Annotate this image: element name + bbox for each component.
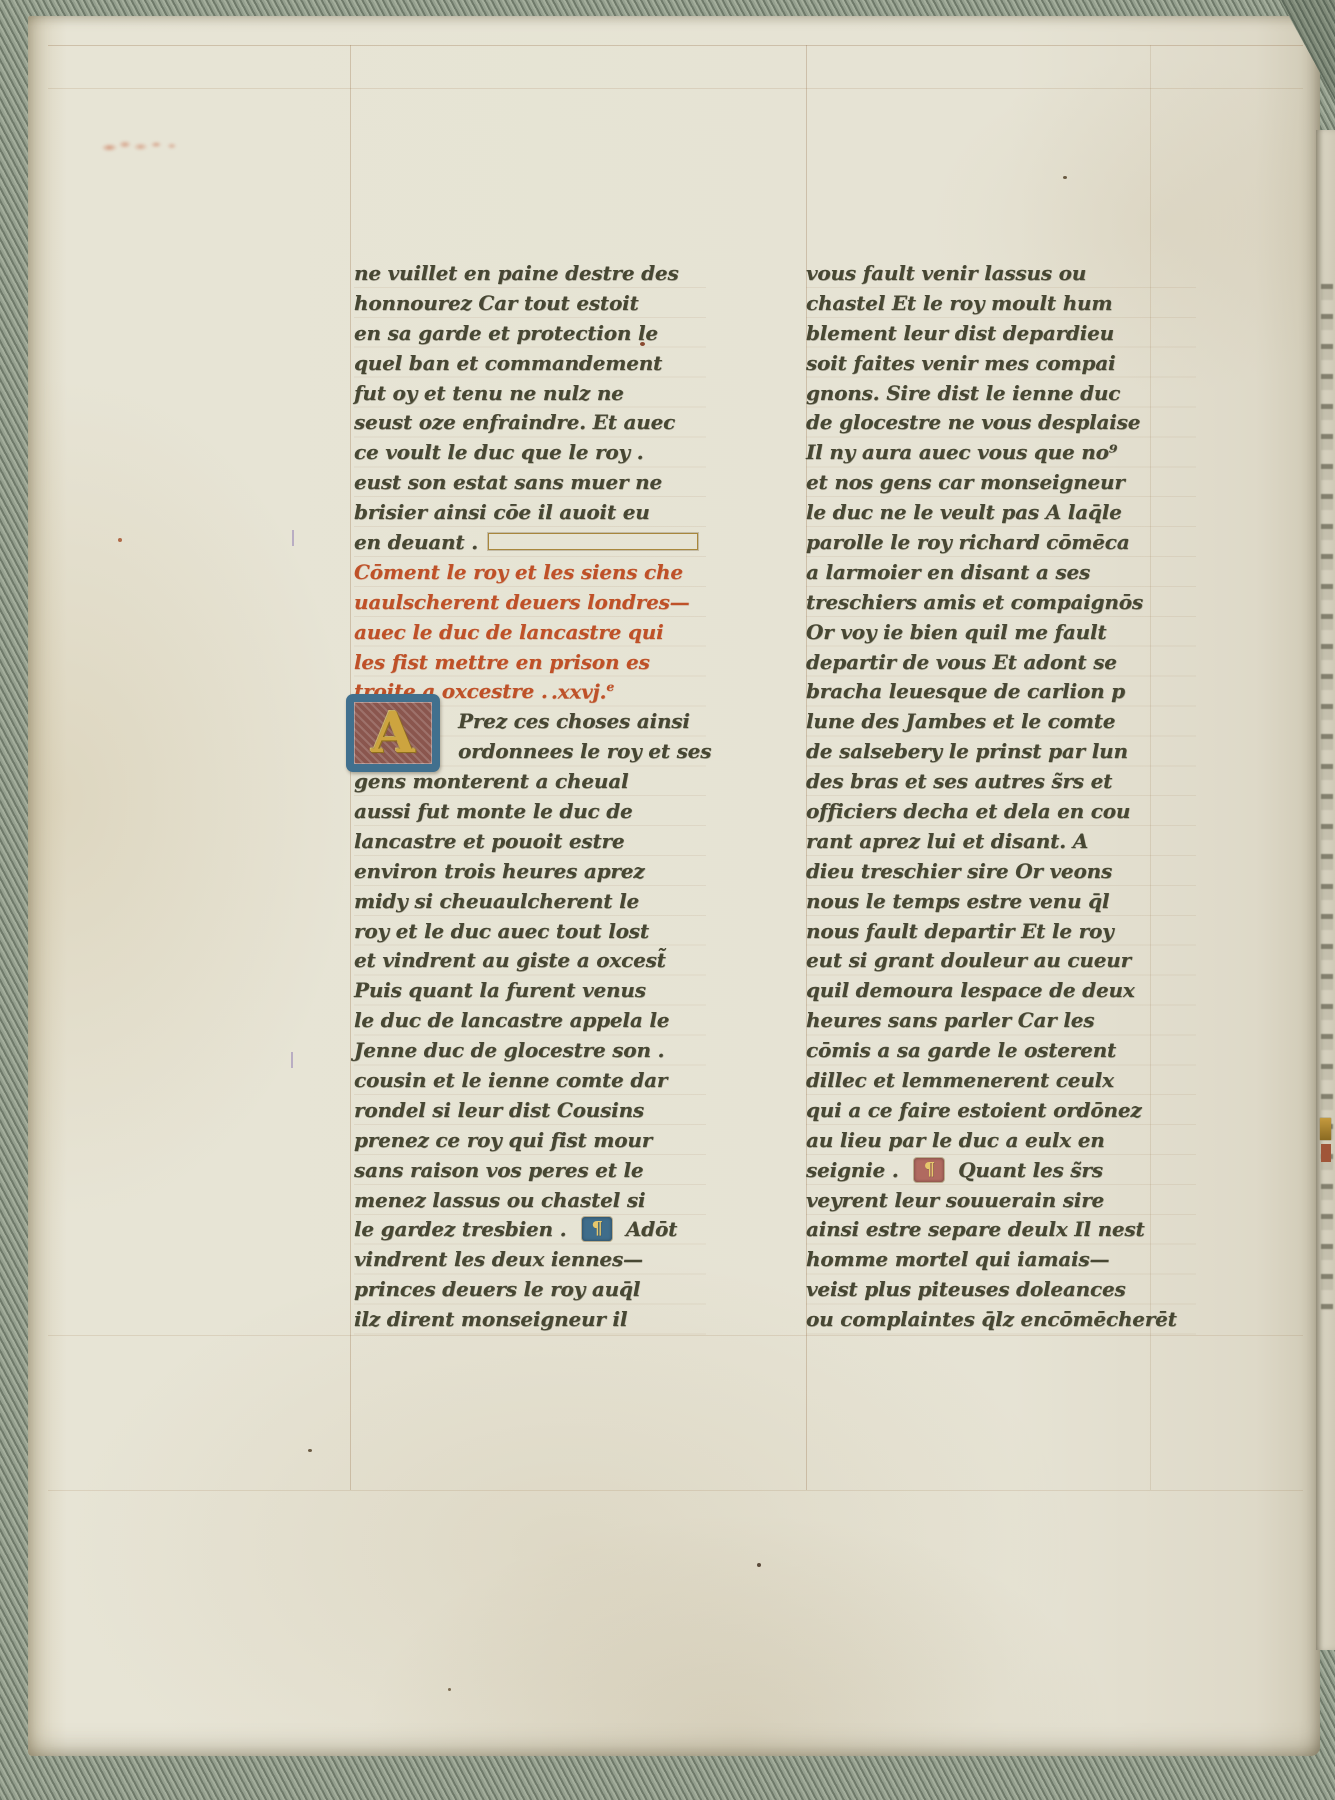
red-offset-stain [100, 135, 178, 155]
text-line: brisier ainsi cōe il auoit eu [354, 497, 706, 527]
paraph-mark: ¶ [914, 1158, 944, 1182]
text-line: en deuant . [354, 527, 706, 557]
text-line: le duc de lancastre appela le [354, 1005, 706, 1035]
line-text: quel ban et commandement [354, 351, 662, 375]
line-text: chastel Et le roy moult hum [806, 291, 1112, 315]
text-line: princes deuers le roy auq̄l [354, 1274, 706, 1304]
text-line: gnons. Sire dist le ienne duc [806, 378, 1196, 408]
text-line: homme mortel qui iamais— [806, 1244, 1196, 1274]
line-text: treschiers amis et compaignōs [806, 590, 1143, 614]
line-text: Prez ces choses ainsi [458, 709, 690, 733]
line-text: ce voult le duc que le roy . [354, 440, 643, 464]
line-text: de salsebery le prinst par lun [806, 739, 1128, 763]
ruling-line [48, 45, 1303, 46]
line-text: brisier ainsi cōe il auoit eu [354, 500, 650, 524]
line-text: soit faites venir mes compai [806, 351, 1115, 375]
text-line: environ trois heures aprez [354, 856, 706, 886]
line-text: ilz dirent monseigneur il [354, 1307, 627, 1331]
line-text: ainsi estre separe deulx Il nest [806, 1217, 1145, 1241]
line-text: officiers decha et dela en cou [806, 799, 1130, 823]
line-text: Or voy ie bien quil me fault [806, 620, 1106, 644]
rubric-line: uaulscherent deuers londres— [354, 587, 706, 617]
line-text: eust son estat sans muer ne [354, 470, 662, 494]
line-text: Quant les s̃rs [951, 1158, 1102, 1182]
text-line: quel ban et commandement [354, 348, 706, 378]
line-text: parolle le roy richard cōmēca [806, 530, 1130, 554]
line-text: gens monterent a cheual [354, 769, 628, 793]
line-text: princes deuers le roy auq̄l [354, 1277, 640, 1301]
initial-letter: A [371, 705, 414, 761]
text-line: dillec et lemmenerent ceulx [806, 1065, 1196, 1095]
text-line: Puis quant la furent venus [354, 975, 706, 1005]
line-text: roy et le duc auec tout lost [354, 919, 649, 943]
text-line: quil demoura lespace de deux [806, 975, 1196, 1005]
text-line: midy si cheuaulcherent le [354, 886, 706, 916]
line-text: les fist mettre en prison es [354, 650, 650, 674]
text-line: le duc ne le veult pas A laq̄le [806, 497, 1196, 527]
ink-speck [757, 1563, 761, 1567]
line-text: uaulscherent deuers londres— [354, 590, 689, 614]
text-line: seust oze enfraindre. Et auec [354, 407, 706, 437]
text-line: dieu treschier sire Or veons [806, 856, 1196, 886]
line-text: quil demoura lespace de deux [806, 978, 1135, 1002]
line-text: seust oze enfraindre. Et auec [354, 410, 675, 434]
line-text: fut oy et tenu ne nulz ne [354, 381, 624, 405]
line-text: dillec et lemmenerent ceulx [806, 1068, 1114, 1092]
line-text: cōmis a sa garde le osterent [806, 1038, 1116, 1062]
line-filler-ornament [488, 533, 698, 550]
line-text: gnons. Sire dist le ienne duc [806, 381, 1120, 405]
line-text: des bras et ses autres s̃rs et [806, 769, 1112, 793]
ink-speck [308, 1449, 312, 1452]
paraph-mark: ¶ [582, 1217, 612, 1241]
text-line: parolle le roy richard cōmēca [806, 527, 1196, 557]
text-line: aussi fut monte le duc de [354, 796, 706, 826]
line-text: menez lassus ou chastel si [354, 1188, 645, 1212]
text-line: vous fault venir lassus ou [806, 258, 1196, 288]
text-line: nous fault departir Et le roy [806, 916, 1196, 946]
text-line: le gardez tresbien . ¶ Adōt [354, 1215, 706, 1245]
text-line: blement leur dist depardieu [806, 318, 1196, 348]
line-text: ordonnees le roy et ses [458, 739, 711, 763]
text-line: cōmis a sa garde le osterent [806, 1035, 1196, 1065]
line-text: Puis quant la furent venus [354, 978, 646, 1002]
line-text: en sa garde et protection le [354, 321, 658, 345]
text-line: seignie . ¶ Quant les s̃rs [806, 1155, 1196, 1185]
ink-speck [118, 538, 122, 542]
rubric-line: auec le duc de lancastre qui [354, 617, 706, 647]
text-line: nous le temps estre venu q̄l [806, 886, 1196, 916]
illuminated-initial: A [346, 694, 440, 772]
text-line: Il ny aura auec vous que no⁹ [806, 437, 1196, 467]
text-line: lune des Jambes et le comte [806, 706, 1196, 736]
manuscript-photograph: ne vuillet en paine destre deshonnourez … [0, 0, 1335, 1800]
text-line: de salsebery le prinst par lun [806, 736, 1196, 766]
text-line: departir de vous Et adont se [806, 647, 1196, 677]
text-line: qui a ce faire estoient ordōnez [806, 1095, 1196, 1125]
text-line: ne vuillet en paine destre des [354, 258, 706, 288]
ink-speck [640, 342, 645, 346]
line-text: lune des Jambes et le comte [806, 709, 1115, 733]
text-line: cousin et le ienne comte dar [354, 1065, 706, 1095]
chapter-number: .xxvj.e [551, 679, 614, 704]
line-text: vous fault venir lassus ou [806, 261, 1086, 285]
manuscript-page: ne vuillet en paine destre deshonnourez … [28, 16, 1320, 1756]
text-line: prenez ce roy qui fist mour [354, 1125, 706, 1155]
line-text: ou complaintes q̄lz encōmēcherēt [806, 1307, 1177, 1331]
text-line: ilz dirent monseigneur il [354, 1304, 706, 1334]
line-text: departir de vous Et adont se [806, 650, 1117, 674]
line-text: veyrent leur souuerain sire [806, 1188, 1104, 1212]
line-text: de glocestre ne vous desplaise [806, 410, 1140, 434]
line-text: seignie . [806, 1158, 905, 1182]
line-text: blement leur dist depardieu [806, 321, 1114, 345]
line-text: cousin et le ienne comte dar [354, 1068, 667, 1092]
line-text: Jenne duc de glocestre son . [354, 1038, 664, 1062]
line-text: homme mortel qui iamais— [806, 1247, 1109, 1271]
text-line: chastel Et le roy moult hum [806, 288, 1196, 318]
text-line: roy et le duc auec tout lost [354, 916, 706, 946]
text-line: ou complaintes q̄lz encōmēcherēt [806, 1304, 1196, 1334]
line-text: ne vuillet en paine destre des [354, 261, 679, 285]
line-text: et nos gens car monseigneur [806, 470, 1125, 494]
text-line: vindrent les deux iennes— [354, 1244, 706, 1274]
line-text: bracha leuesque de carlion p [806, 679, 1125, 703]
line-text: le duc ne le veult pas A laq̄le [806, 500, 1122, 524]
line-text: et vindrent au giste a oxcest̃ [354, 948, 666, 972]
line-text: Il ny aura auec vous que no⁹ [806, 440, 1117, 464]
text-line: de glocestre ne vous desplaise [806, 407, 1196, 437]
adjacent-page-gilt-sliver [1320, 1118, 1331, 1140]
text-line: Jenne duc de glocestre son . [354, 1035, 706, 1065]
line-text: eut si grant douleur au cueur [806, 948, 1131, 972]
text-line: treschiers amis et compaignōs [806, 587, 1196, 617]
text-line: ainsi estre separe deulx Il nest [806, 1215, 1196, 1245]
adjacent-page-edge [1316, 130, 1335, 1650]
text-line: veyrent leur souuerain sire [806, 1185, 1196, 1215]
text-line: honnourez Car tout estoit [354, 288, 706, 318]
ruling-line [48, 1335, 1303, 1336]
line-text: environ trois heures aprez [354, 859, 644, 883]
text-line: bracha leuesque de carlion p [806, 676, 1196, 706]
ruling-line [48, 88, 1303, 89]
ink-speck [448, 1688, 451, 1691]
text-line: officiers decha et dela en cou [806, 796, 1196, 826]
line-text: le gardez tresbien . [354, 1217, 573, 1241]
line-text: sans raison vos peres et le [354, 1158, 643, 1182]
text-line: eut si grant douleur au cueur [806, 945, 1196, 975]
right-text-column: vous fault venir lassus ouchastel Et le … [806, 258, 1196, 1335]
line-text: Cōment le roy et les siens che [354, 560, 683, 584]
text-line: ce voult le duc que le roy . [354, 437, 706, 467]
ruling-line [48, 1490, 1303, 1491]
lilac-ruling-mark [291, 1052, 293, 1068]
text-line: soit faites venir mes compai [806, 348, 1196, 378]
line-text: a larmoier en disant a ses [806, 560, 1090, 584]
lilac-ruling-mark [292, 530, 294, 546]
line-text: nous le temps estre venu q̄l [806, 889, 1109, 913]
text-line: Or voy ie bien quil me fault [806, 617, 1196, 647]
line-text: au lieu par le duc a eulx en [806, 1128, 1105, 1152]
text-line: veist plus piteuses doleances [806, 1274, 1196, 1304]
text-line: fut oy et tenu ne nulz ne [354, 378, 706, 408]
line-text: rondel si leur dist Cousins [354, 1098, 644, 1122]
text-line: eust son estat sans muer ne [354, 467, 706, 497]
line-text: Adōt [619, 1217, 677, 1241]
line-text: aussi fut monte le duc de [354, 799, 633, 823]
text-line: lancastre et pouoit estre [354, 826, 706, 856]
text-line: menez lassus ou chastel si [354, 1185, 706, 1215]
line-text: dieu treschier sire Or veons [806, 859, 1112, 883]
line-text: vindrent les deux iennes— [354, 1247, 643, 1271]
text-line: et nos gens car monseigneur [806, 467, 1196, 497]
text-line: et vindrent au giste a oxcest̃ [354, 945, 706, 975]
line-text: le duc de lancastre appela le [354, 1008, 669, 1032]
line-text: honnourez Car tout estoit [354, 291, 639, 315]
line-text: rant aprez lui et disant. A [806, 829, 1088, 853]
text-line: rant aprez lui et disant. A [806, 826, 1196, 856]
left-text-column: ne vuillet en paine destre deshonnourez … [354, 258, 706, 1335]
line-text: lancastre et pouoit estre [354, 829, 624, 853]
adjacent-page-rubric-sliver [1321, 1144, 1331, 1162]
text-line: au lieu par le duc a eulx en [806, 1125, 1196, 1155]
line-text: veist plus piteuses doleances [806, 1277, 1126, 1301]
line-text: heures sans parler Car les [806, 1008, 1094, 1032]
line-text: qui a ce faire estoient ordōnez [806, 1098, 1142, 1122]
rubric-line: Cōment le roy et les siens che [354, 557, 706, 587]
line-text: midy si cheuaulcherent le [354, 889, 639, 913]
line-text: prenez ce roy qui fist mour [354, 1128, 652, 1152]
text-line: sans raison vos peres et le [354, 1155, 706, 1185]
text-line: des bras et ses autres s̃rs et [806, 766, 1196, 796]
line-text: en deuant . [354, 530, 478, 554]
rubric-line: les fist mettre en prison es [354, 647, 706, 677]
line-text: auec le duc de lancastre qui [354, 620, 663, 644]
text-line: a larmoier en disant a ses [806, 557, 1196, 587]
text-line: rondel si leur dist Cousins [354, 1095, 706, 1125]
text-line: en sa garde et protection le [354, 318, 706, 348]
line-text: nous fault departir Et le roy [806, 919, 1114, 943]
ink-speck [1063, 176, 1067, 179]
text-line: heures sans parler Car les [806, 1005, 1196, 1035]
